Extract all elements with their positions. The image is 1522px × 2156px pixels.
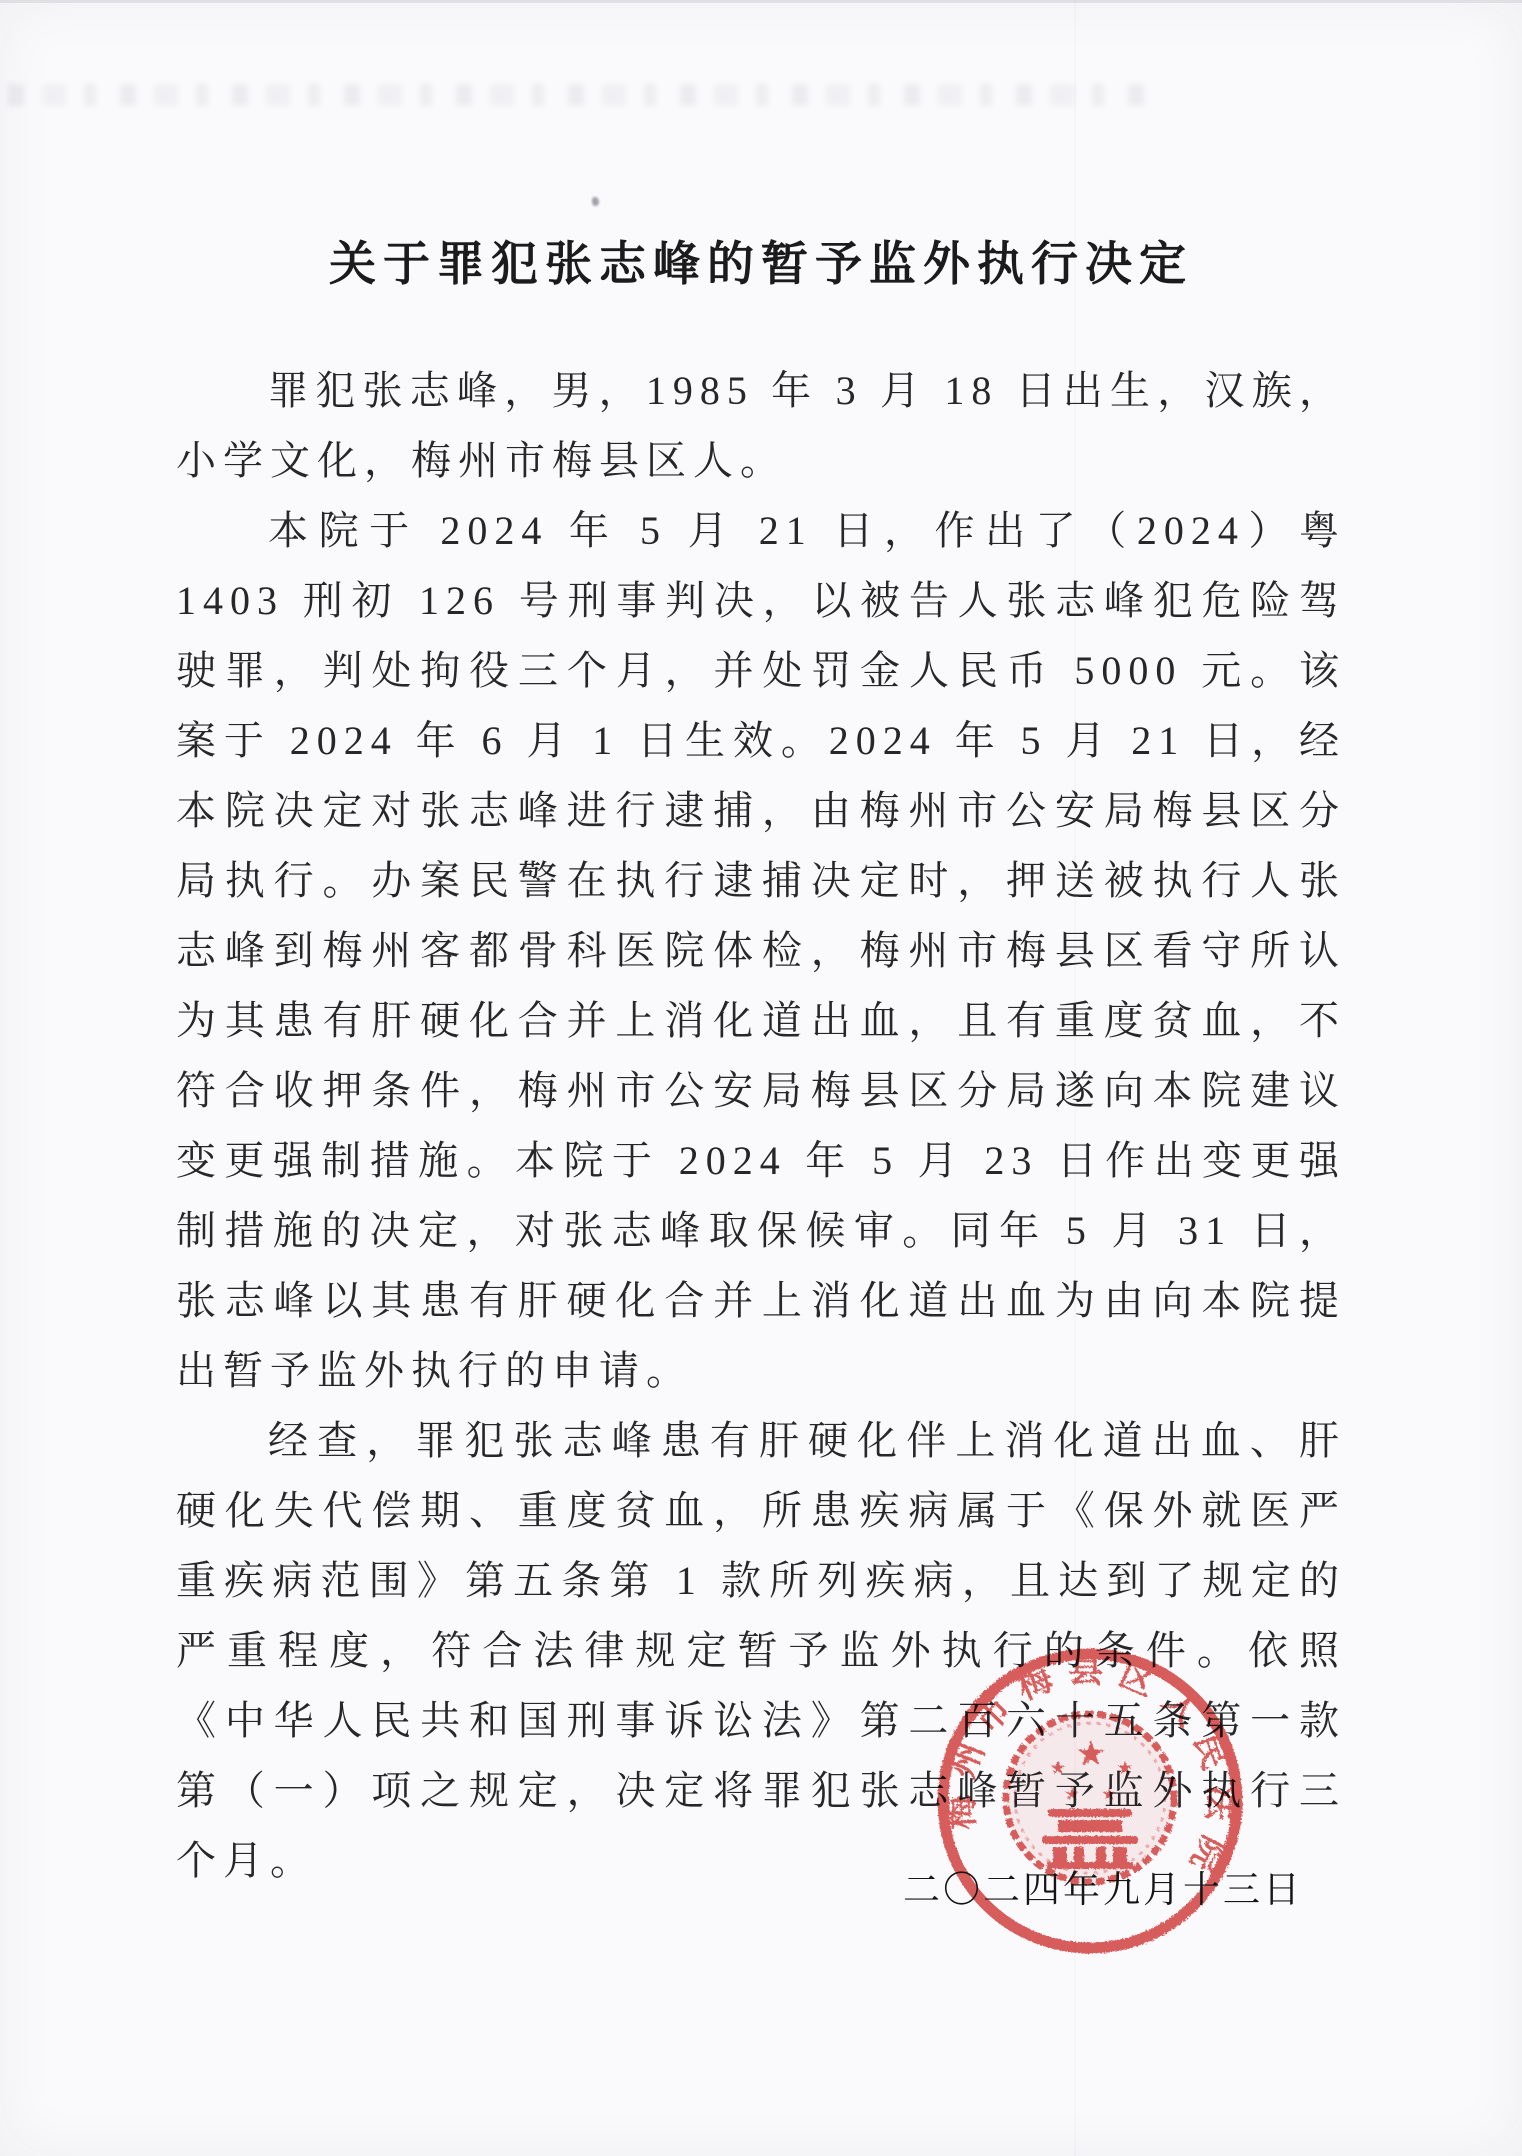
scan-speck: [592, 197, 599, 206]
paragraph-case-history: 本院于 2024 年 5 月 21 日，作出了（2024）粤 1403 刑初 1…: [176, 496, 1346, 1406]
bleed-through-smudge: [8, 84, 1158, 106]
document-date: 二〇二四年九月十三日: [903, 1869, 1303, 1913]
court-decision-document: 关于罪犯张志峰的暂予监外执行决定 罪犯张志峰，男，1985 年 3 月 18 日…: [0, 0, 1522, 2156]
document-title: 关于罪犯张志峰的暂予监外执行决定: [0, 239, 1522, 291]
national-emblem-icon: [1006, 1714, 1174, 1882]
paragraph-offender-info: 罪犯张志峰，男，1985 年 3 月 18 日出生，汉族，小学文化，梅州市梅县区…: [176, 356, 1346, 496]
